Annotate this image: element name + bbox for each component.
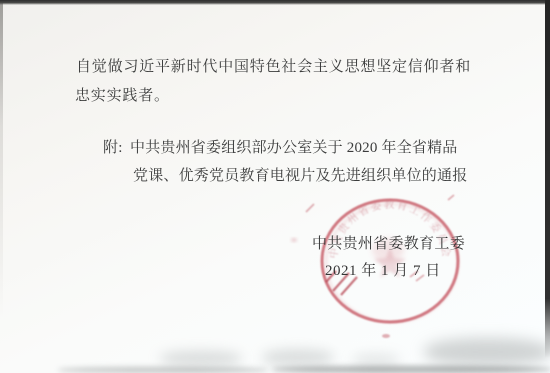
bottom-shadow-band [272, 366, 550, 373]
attachment-title-line2: 党课、优秀党员教育电视片及先进组织单位的通报 [133, 169, 467, 185]
body-text-line2: 忠实实践者。 [75, 89, 170, 105]
photo-edge-right [545, 0, 550, 373]
seal-ink-dot-left [291, 238, 297, 242]
body-text-line1: 自觉做习近平新时代中国特色社会主义思想坚定信仰者和 [76, 60, 471, 76]
bottom-shadow-band [58, 367, 268, 373]
official-document-page: 中共贵州省委教育工作委员会 自觉做习近平新时代中国特色社会主义思想坚定信仰者和 … [0, 0, 550, 373]
issue-date: 2021 年 1 月 7 日 [325, 264, 441, 280]
seal-ink-dot [382, 334, 390, 338]
photo-edge-top [0, 0, 550, 5]
attachment-title-line1: 中共贵州省委组织部办公室关于 2020 年全省精品 [130, 141, 458, 157]
issuer-signature: 中共贵州省委教育工委 [312, 237, 465, 253]
bleed-through-smudge [160, 351, 242, 366]
attachment-label: 附: [103, 141, 123, 157]
photo-edge-left [0, 0, 3, 317]
